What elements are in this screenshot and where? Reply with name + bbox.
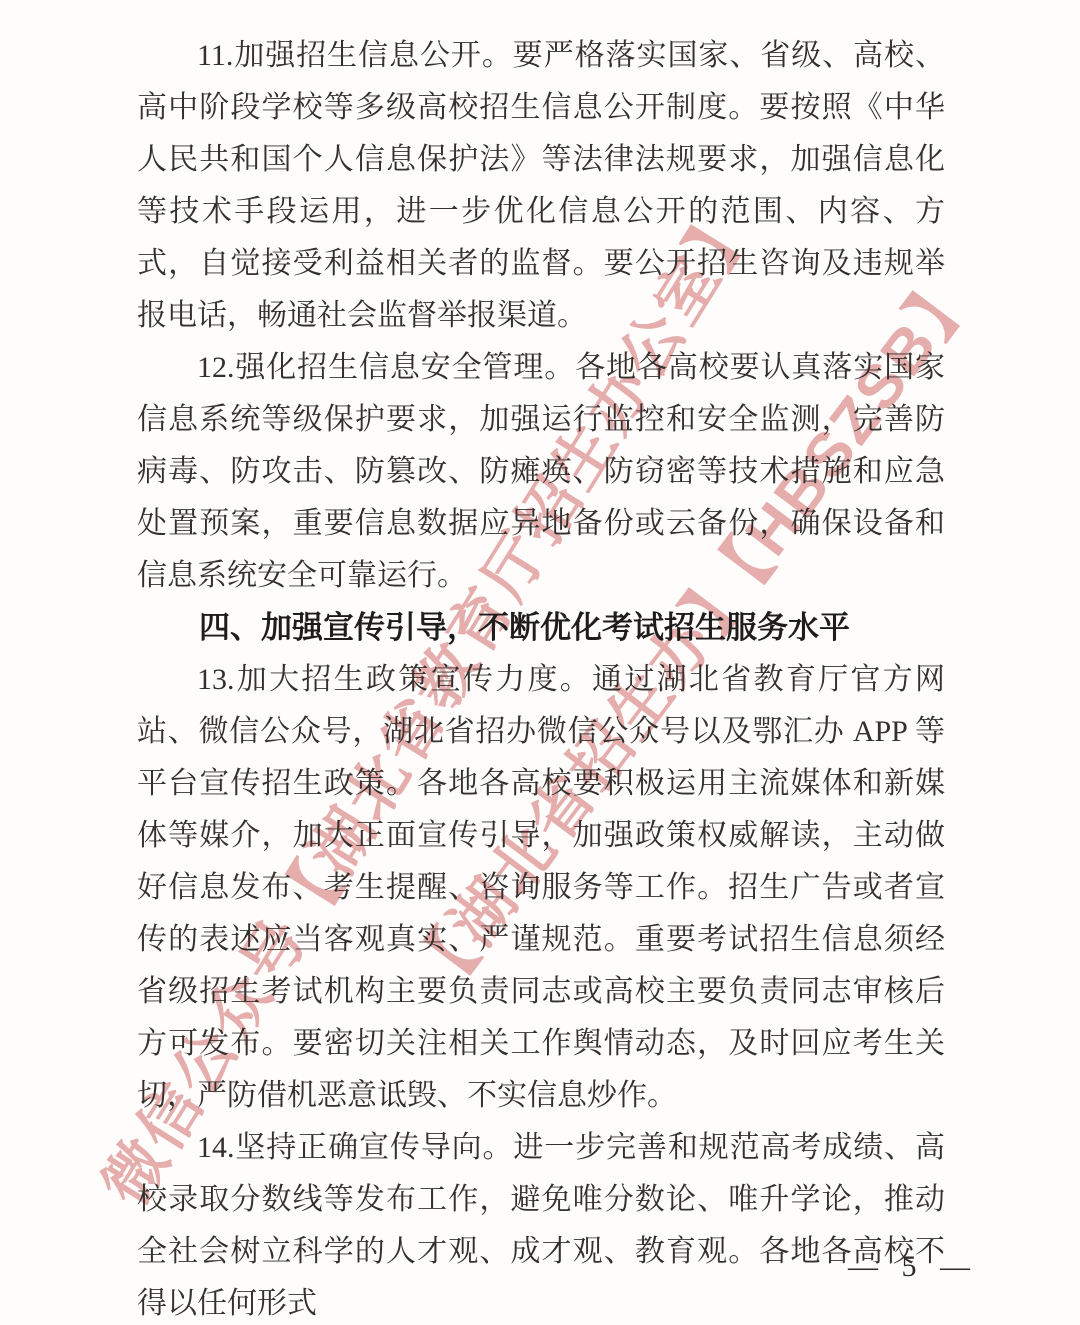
- document-page: 微信公众号【湖北省教育厅招生办公室】 【湖北省招生办】【HBSZSB】 11.加…: [0, 0, 1080, 1325]
- document-body: 11.加强招生信息公开。要严格落实国家、省级、高校、高中阶段学校等多级高校招生信…: [137, 30, 945, 1325]
- paragraph-14: 14.坚持正确宣传导向。进一步完善和规范高考成绩、高校录取分数线等发布工作，避免…: [137, 1122, 945, 1325]
- section-heading-4: 四、加强宣传引导，不断优化考试招生服务水平: [137, 602, 945, 654]
- page-number: — 5 —: [848, 1250, 978, 1284]
- paragraph-11: 11.加强招生信息公开。要严格落实国家、省级、高校、高中阶段学校等多级高校招生信…: [137, 30, 945, 342]
- paragraph-13: 13.加大招生政策宣传力度。通过湖北省教育厅官方网站、微信公众号，湖北省招办微信…: [137, 654, 945, 1122]
- paragraph-12: 12.强化招生信息安全管理。各地各高校要认真落实国家信息系统等级保护要求，加强运…: [137, 342, 945, 602]
